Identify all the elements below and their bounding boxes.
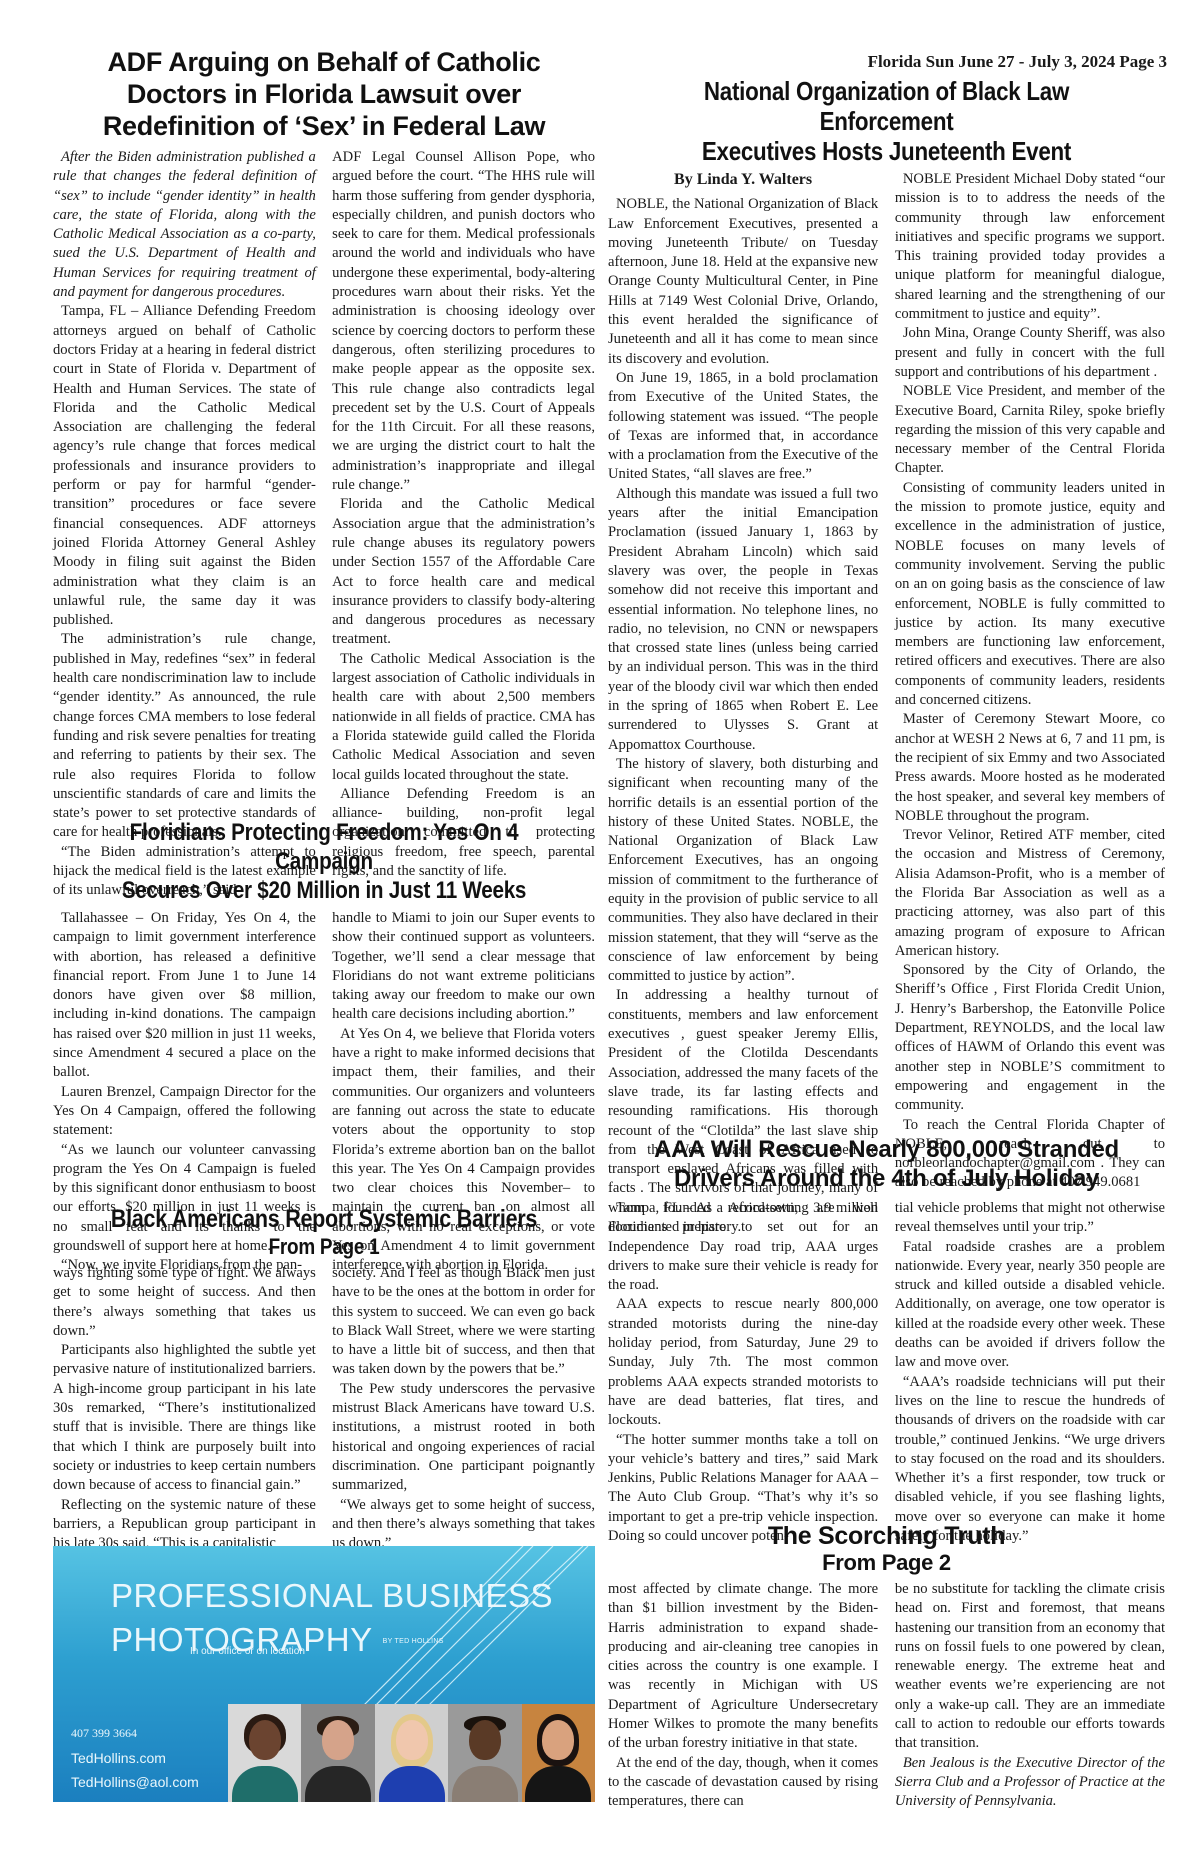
article-adf: ADF Arguing on Behalf of Catholic Doctor… bbox=[53, 46, 595, 901]
paragraph: On June 19, 1865, in a bold proclamation… bbox=[608, 369, 878, 485]
column-2: be no substitute for tackling the climat… bbox=[895, 1580, 1165, 1812]
paragraph: be no substitute for tackling the climat… bbox=[895, 1580, 1165, 1754]
column-2: NOBLE President Michael Doby stated “our… bbox=[895, 170, 1165, 1237]
headline-scorching-truth: The Scorching Truth From Page 2 bbox=[608, 1522, 1165, 1576]
paragraph: most affected by climate change. The mor… bbox=[608, 1580, 878, 1754]
headline-continued: From Page 1 bbox=[91, 1234, 557, 1260]
paragraph: NOBLE, the National Organization of Blac… bbox=[608, 195, 878, 369]
ad-title-line-1: PROFESSIONAL BUSINESS bbox=[111, 1574, 553, 1618]
photography-advertisement[interactable]: PROFESSIONAL BUSINESS PHOTOGRAPHYBY TED … bbox=[53, 1546, 595, 1802]
paragraph: handle to Miami to join our Super events… bbox=[332, 909, 595, 1025]
portrait-photo bbox=[448, 1704, 521, 1802]
headline-systemic-barriers: Black Americans Report Systemic Barriers… bbox=[53, 1205, 595, 1260]
headline-yes-on-4: Floridians Protecting Freedom: Yes On 4 … bbox=[53, 818, 595, 905]
portrait-photo bbox=[375, 1704, 448, 1802]
paragraph: Consisting of community leaders united i… bbox=[895, 479, 1165, 711]
paragraph: The administration’s rule change, publis… bbox=[53, 630, 316, 842]
ad-tagline: In our office or on location bbox=[190, 1646, 305, 1657]
portrait-photo bbox=[301, 1704, 374, 1802]
column-1: most affected by climate change. The mor… bbox=[608, 1580, 878, 1812]
column-1: Tampa, FL – As a record-setting 3.9 mill… bbox=[608, 1199, 878, 1546]
column-1: After the Biden administration published… bbox=[53, 148, 316, 901]
paragraph: Sponsored by the City of Orlando, the Sh… bbox=[895, 961, 1165, 1115]
paragraph: society. And I feel as though Black men … bbox=[332, 1264, 595, 1380]
paragraph: The Pew study underscores the pervasive … bbox=[332, 1380, 595, 1496]
article-noble: National Organization of Black Law Enfor… bbox=[608, 76, 1165, 1237]
paragraph: Florida and the Catholic Medical Associa… bbox=[332, 495, 595, 649]
deck-text: After the Biden administration published… bbox=[53, 148, 316, 302]
ad-website-link[interactable]: TedHollins.com bbox=[71, 1750, 166, 1766]
paragraph: At the end of the day, though, when it c… bbox=[608, 1754, 878, 1812]
headline-line: Doctors in Florida Lawsuit over bbox=[53, 78, 595, 110]
headline-line: The Scorching Truth bbox=[608, 1522, 1165, 1550]
paragraph: Tampa, FL – As a record-setting 3.9 mill… bbox=[608, 1199, 878, 1295]
ad-phone: 407 399 3664 bbox=[71, 1726, 137, 1741]
headline-aaa: AAA Will Rescue Nearly 800,000 Stranded … bbox=[608, 1135, 1165, 1193]
paragraph: John Mina, Orange County Sheriff, was al… bbox=[895, 324, 1165, 382]
paragraph: Fatal roadside crashes are a problem nat… bbox=[895, 1238, 1165, 1373]
ad-title: PROFESSIONAL BUSINESS PHOTOGRAPHYBY TED … bbox=[111, 1574, 553, 1664]
headline-line: Redefinition of ‘Sex’ in Federal Law bbox=[53, 110, 595, 142]
headline-line: Black Americans Report Systemic Barriers bbox=[91, 1205, 557, 1234]
headline-line: Floridians Protecting Freedom: Yes On 4 … bbox=[91, 818, 557, 876]
byline: By Linda Y. Walters bbox=[608, 170, 878, 189]
headline-line: National Organization of Black Law Enfor… bbox=[647, 76, 1126, 136]
column-2: ADF Legal Counsel Allison Pope, who argu… bbox=[332, 148, 595, 901]
paragraph: NOBLE Vice President, and member of the … bbox=[895, 382, 1165, 478]
paragraph: NOBLE President Michael Doby stated “our… bbox=[895, 170, 1165, 324]
paragraph: The history of slavery, both disturbing … bbox=[608, 755, 878, 987]
article-systemic-barriers: Black Americans Report Systemic Barriers… bbox=[53, 1205, 595, 1553]
ad-email-link[interactable]: TedHollins@aol.com bbox=[71, 1774, 199, 1790]
paragraph: Reflecting on the systemic nature of the… bbox=[53, 1496, 316, 1554]
paragraph: Although this mandate was issued a full … bbox=[608, 485, 878, 755]
paragraph: “AAA’s roadside technicians will put the… bbox=[895, 1373, 1165, 1547]
headline-noble: National Organization of Black Law Enfor… bbox=[608, 76, 1165, 166]
paragraph: Trevor Velinor, Retired ATF member, cite… bbox=[895, 826, 1165, 961]
paragraph: The Catholic Medical Association is the … bbox=[332, 650, 595, 785]
headline-line: AAA Will Rescue Nearly 800,000 Stranded bbox=[608, 1135, 1165, 1164]
column-1: ways fighting some type of fight. We alw… bbox=[53, 1264, 316, 1553]
paragraph: AAA expects to rescue nearly 800,000 str… bbox=[608, 1295, 878, 1430]
ad-portrait-strip bbox=[228, 1704, 595, 1802]
ad-byline: BY TED HOLLINS bbox=[383, 1638, 444, 1645]
portrait-photo bbox=[228, 1704, 301, 1802]
page-masthead: Florida Sun June 27 - July 3, 2024 Page … bbox=[610, 52, 1167, 72]
column-2: tial vehicle problems that might not oth… bbox=[895, 1199, 1165, 1546]
headline-line: Executives Hosts Juneteenth Event bbox=[647, 136, 1126, 166]
headline-adf: ADF Arguing on Behalf of Catholic Doctor… bbox=[53, 46, 595, 142]
article-aaa: AAA Will Rescue Nearly 800,000 Stranded … bbox=[608, 1135, 1165, 1546]
column-2: society. And I feel as though Black men … bbox=[332, 1264, 595, 1553]
paragraph: ADF Legal Counsel Allison Pope, who argu… bbox=[332, 148, 595, 495]
ad-title-line-2: PHOTOGRAPHYBY TED HOLLINS bbox=[111, 1618, 553, 1664]
paragraph: “We always get to some height of success… bbox=[332, 1496, 595, 1554]
headline-continued: From Page 2 bbox=[608, 1550, 1165, 1576]
paragraph: Master of Ceremony Stewart Moore, co anc… bbox=[895, 710, 1165, 826]
headline-line: ADF Arguing on Behalf of Catholic bbox=[53, 46, 595, 78]
portrait-photo bbox=[522, 1704, 595, 1802]
paragraph: ways fighting some type of fight. We alw… bbox=[53, 1264, 316, 1341]
headline-line: Drivers Around the 4th of July Holiday bbox=[608, 1164, 1165, 1193]
paragraph: tial vehicle problems that might not oth… bbox=[895, 1199, 1165, 1238]
column-1: By Linda Y. Walters NOBLE, the National … bbox=[608, 170, 878, 1237]
paragraph: Lauren Brenzel, Campaign Director for th… bbox=[53, 1083, 316, 1141]
author-bio: Ben Jealous is the Executive Director of… bbox=[895, 1754, 1165, 1812]
paragraph: Tampa, FL – Alliance Defending Freedom a… bbox=[53, 302, 316, 630]
headline-line: Secures Over $20 Million in Just 11 Week… bbox=[91, 876, 557, 905]
paragraph: Participants also highlighted the subtle… bbox=[53, 1341, 316, 1495]
article-scorching-truth: The Scorching Truth From Page 2 most aff… bbox=[608, 1522, 1165, 1812]
paragraph: Tallahassee – On Friday, Yes On 4, the c… bbox=[53, 909, 316, 1083]
